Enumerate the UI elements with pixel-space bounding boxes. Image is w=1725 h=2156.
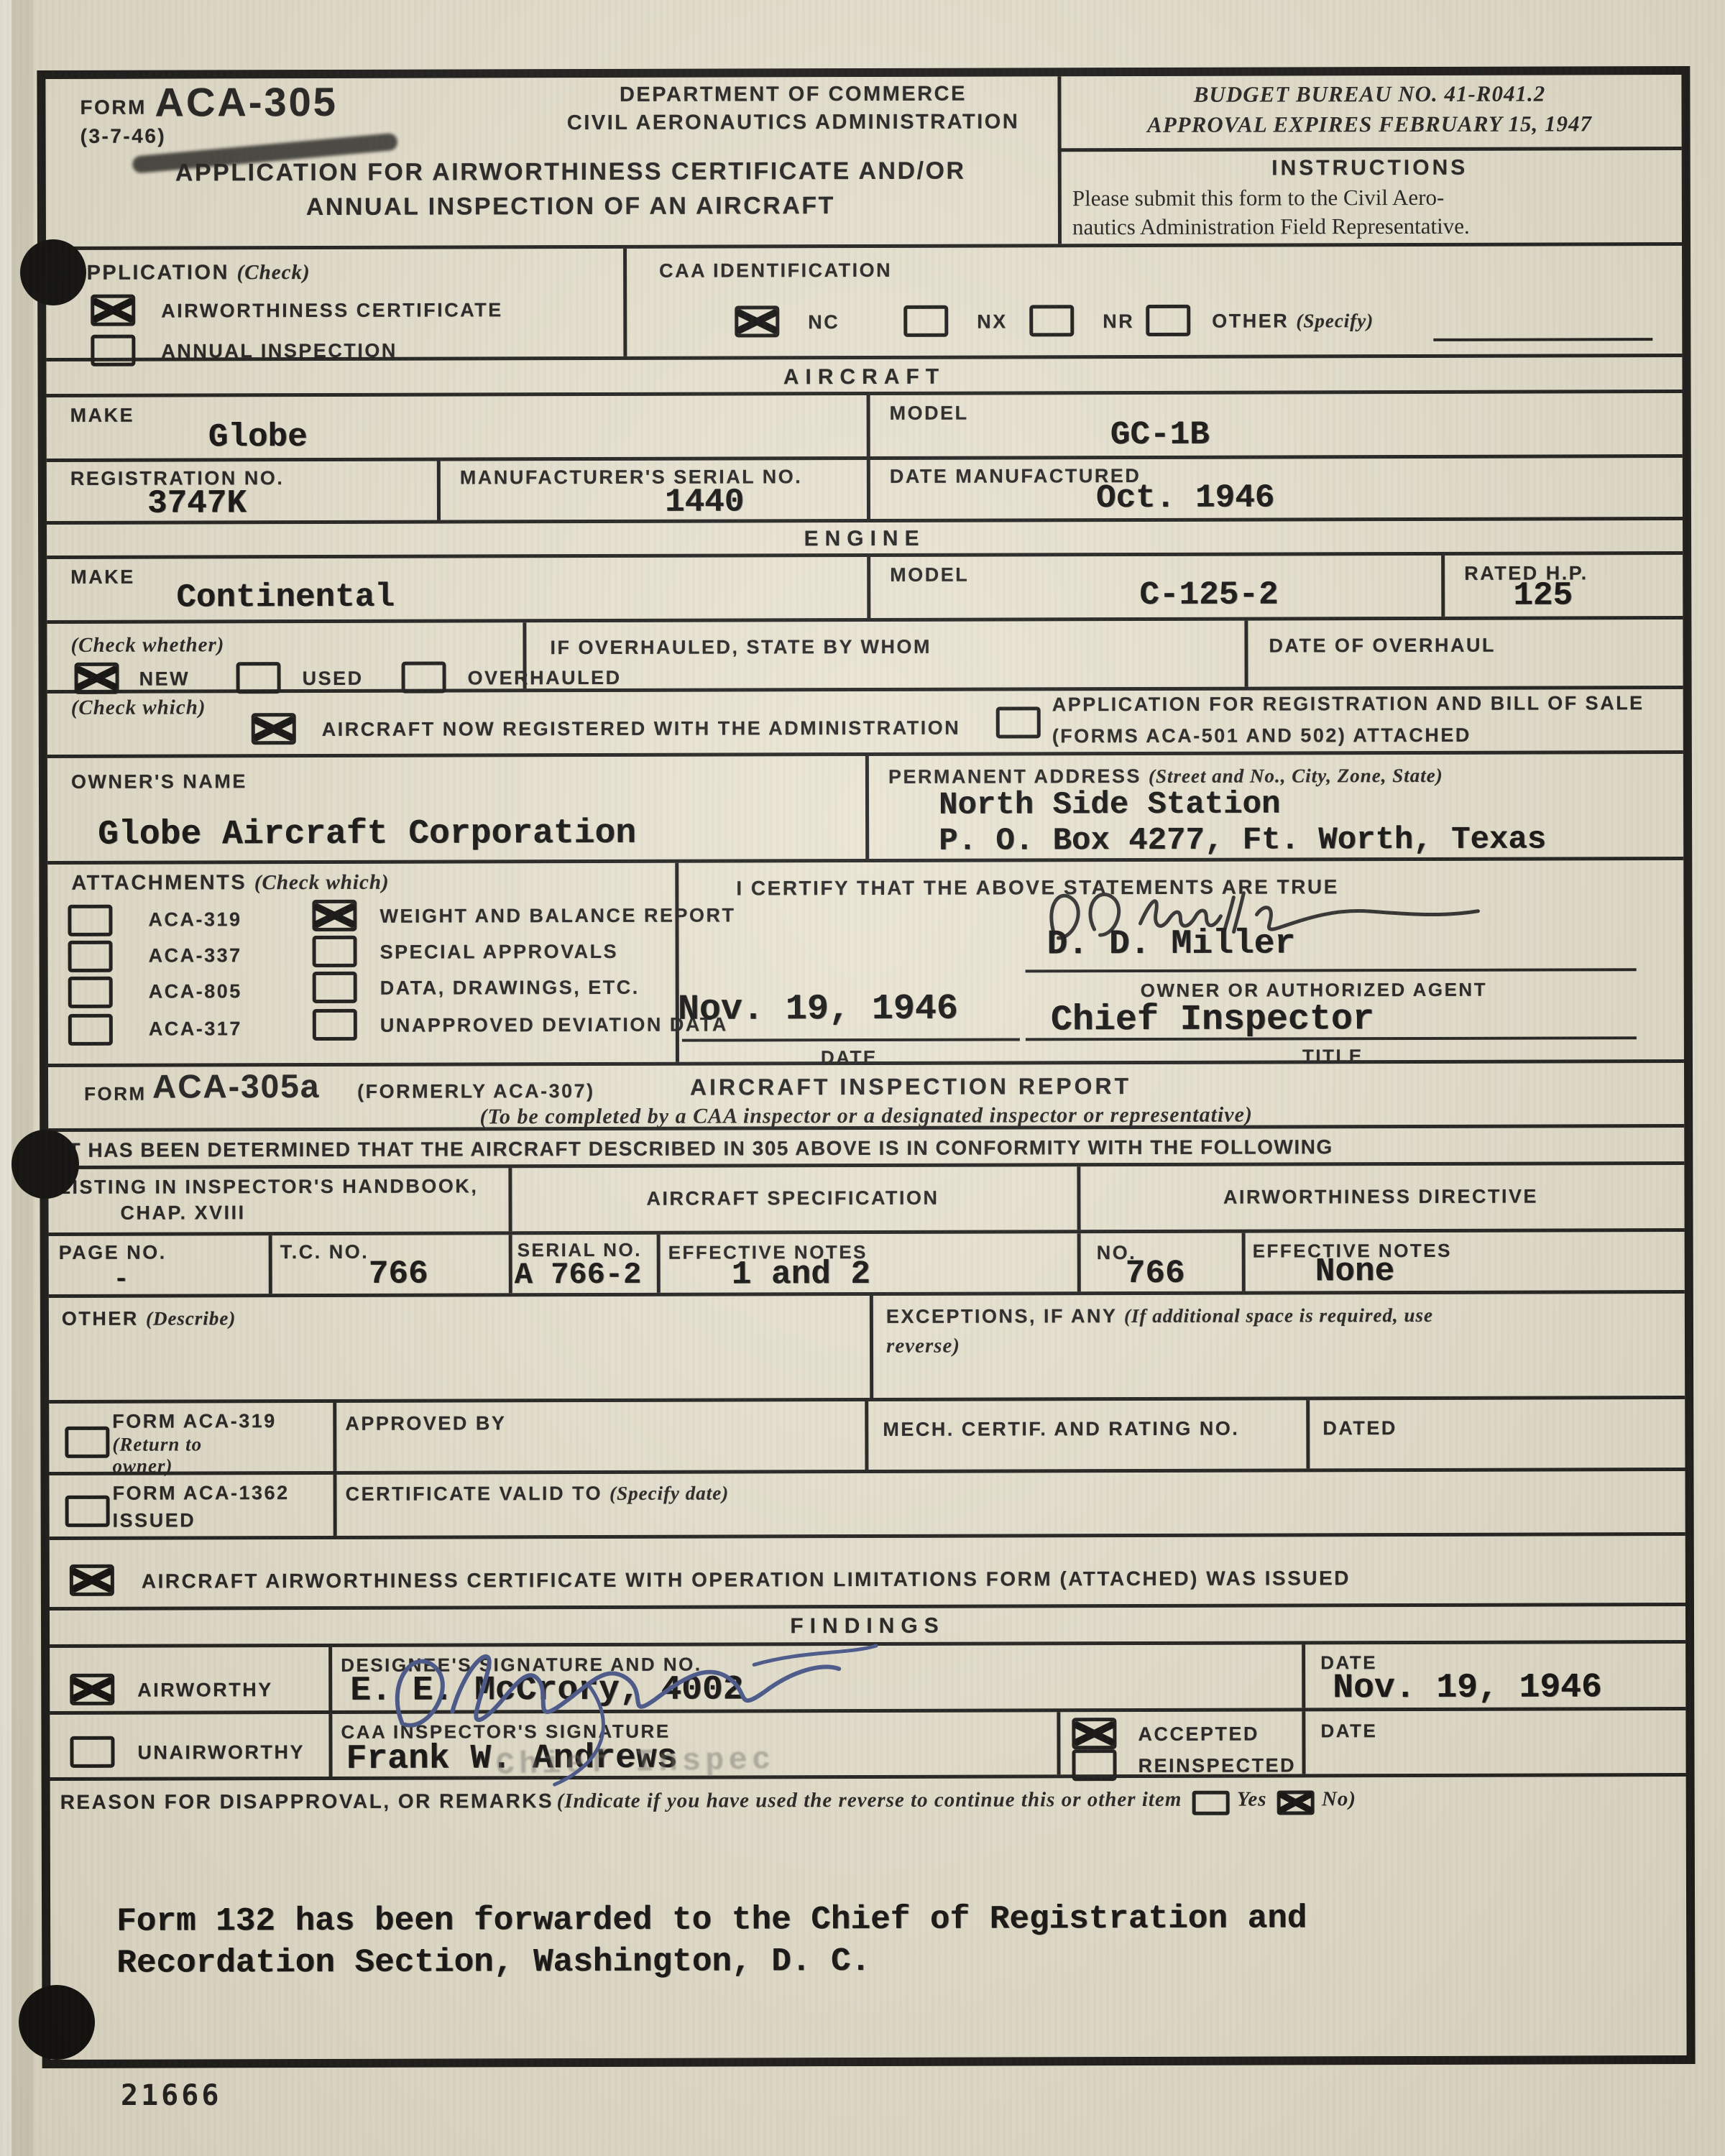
aircraft-section-title: AIRCRAFT (46, 363, 1682, 392)
checkbox-unairworthy[interactable] (70, 1736, 114, 1768)
other-blank-line (1433, 338, 1652, 341)
certify-title-value: Chief Inspector (1051, 999, 1374, 1041)
checkbox-remarks-yes[interactable] (1192, 1790, 1230, 1815)
engine-model-label: MODEL (890, 564, 969, 586)
attachments-label-text: ATTACHMENTS (71, 871, 247, 895)
inspector-date-divider (1302, 1711, 1305, 1774)
registration-serial-divider (437, 461, 441, 520)
airworthy-signature-divider (328, 1647, 332, 1710)
dated-label: DATED (1322, 1417, 1397, 1439)
serial-value: 1440 (665, 483, 745, 520)
checkbox-remarks-no[interactable] (1277, 1790, 1315, 1815)
checkbox-aca-317[interactable] (68, 1014, 113, 1046)
nc-label: NC (808, 311, 839, 333)
other-describe-text: OTHER (62, 1308, 139, 1330)
title-line (1026, 1036, 1637, 1041)
engine-make-model-divider (867, 557, 870, 618)
remarks-label: REASON FOR DISAPPROVAL, OR REMARKS (60, 1789, 554, 1813)
page-tc-divider (269, 1235, 272, 1294)
checkbox-airworthiness-certificate[interactable] (91, 295, 135, 326)
exceptions-text: EXCEPTIONS, IF ANY (886, 1305, 1117, 1327)
determination-statement: IT HAS BEEN DETERMINED THAT THE AIRCRAFT… (61, 1135, 1333, 1162)
report-form-number: ACA-305a (152, 1067, 320, 1106)
page-no-label: PAGE NO. (59, 1242, 167, 1264)
owner-agent-label: OWNER OR AUTHORIZED AGENT (1141, 979, 1487, 1002)
directive-notes-value: None (1315, 1253, 1395, 1290)
certify-signature-name: D. D. Miller (1046, 924, 1295, 964)
aca1362-line1: FORM ACA-1362 (113, 1482, 290, 1505)
owner-name-value: Globe Aircraft Corporation (98, 814, 636, 854)
checkbox-data-drawings[interactable] (313, 972, 357, 1003)
approved-by-label: APPROVED BY (345, 1412, 506, 1435)
make-model-divider (867, 395, 870, 456)
checkbox-aca-319[interactable] (68, 905, 112, 936)
header-row: FORM ACA-305 (3-7-46) DEPARTMENT OF COMM… (45, 75, 1682, 250)
checkbox-weight-balance[interactable] (312, 900, 356, 931)
other-exceptions-divider (870, 1296, 873, 1398)
report-title: AIRCRAFT INSPECTION REPORT (551, 1073, 1270, 1102)
registration-value: 3747K (147, 484, 247, 522)
aca319-return-line2: (Return to (112, 1433, 202, 1455)
owner-address-line2: P. O. Box 4277, Ft. Worth, Texas (939, 822, 1546, 860)
conformity-header-row: LISTING IN INSPECTOR'S HANDBOOK, CHAP. X… (48, 1165, 1684, 1236)
approval-expires: APPROVAL EXPIRES FEBRUARY 15, 1947 (1058, 111, 1682, 138)
other-describe-label: OTHER (Describe) (62, 1307, 236, 1330)
weight-balance-label: WEIGHT AND BALANCE REPORT (379, 904, 735, 927)
form-border-frame: FORM ACA-305 (3-7-46) DEPARTMENT OF COMM… (37, 66, 1695, 2068)
airworthy-label: AIRWORTHY (137, 1679, 273, 1701)
checkbox-nr[interactable] (1029, 305, 1074, 336)
other-label: OTHER (Specify) (1212, 310, 1374, 333)
tc-no-label: T.C. NO. (280, 1241, 369, 1263)
punch-hole-top (20, 239, 86, 305)
engine-new-label: NEW (139, 668, 190, 690)
date-line (682, 1038, 1020, 1041)
dated-divider (1306, 1400, 1310, 1468)
attachments-certify-divider (675, 863, 679, 1062)
checkbox-reinspected[interactable] (1072, 1749, 1116, 1781)
budget-bureau-box: BUDGET BUREAU NO. 41-R041.2 APPROVAL EXP… (1057, 75, 1681, 152)
form-prefix: FORM (80, 96, 147, 119)
aircraft-registered-label: AIRCRAFT NOW REGISTERED WITH THE ADMINIS… (322, 717, 961, 741)
department-line2: CIVIL AERONAUTICS ADMINISTRATION (492, 110, 1095, 135)
checkbox-engine-new[interactable] (75, 663, 119, 694)
mech-certif-label: MECH. CERTIF. AND RATING NO. (883, 1418, 1239, 1441)
date-of-overhaul-label: DATE OF OVERHAUL (1269, 635, 1496, 658)
overhauled-by-divider (523, 622, 526, 688)
exceptions-hint-line1: (If additional space is required, use (1124, 1304, 1433, 1327)
aca-319-label: ACA-319 (148, 908, 241, 931)
attachments-label: ATTACHMENTS (Check which) (71, 871, 389, 895)
department-line1: DEPARTMENT OF COMMERCE (491, 82, 1095, 107)
application-check-hint: (Check) (237, 261, 310, 284)
checkbox-special-approvals[interactable] (313, 936, 357, 967)
serial-no-value: A 766-2 (515, 1258, 642, 1292)
other-label-text: OTHER (1212, 310, 1289, 331)
other-specify-hint: (Specify) (1296, 310, 1374, 331)
aca-805-label: ACA-805 (149, 980, 242, 1003)
serial-date-divider (867, 460, 870, 519)
checkbox-engine-used[interactable] (236, 662, 281, 694)
tc-serial-divider (509, 1235, 512, 1293)
other-describe-hint: (Describe) (146, 1307, 236, 1329)
owner-address-divider (865, 756, 869, 859)
rated-hp-value: 125 (1513, 576, 1573, 614)
certificate-issued-row: AIRCRAFT AIRWORTHINESS CERTIFICATE WITH … (50, 1536, 1685, 1611)
application-label: APPLICATION (Check) (70, 261, 310, 285)
aircraft-model-label: MODEL (890, 402, 969, 425)
engine-model-value: C-125-2 (1139, 576, 1278, 614)
overhauled-by-label: IF OVERHAULED, STATE BY WHOM (550, 636, 931, 659)
remarks-label-line: REASON FOR DISAPPROVAL, OR REMARKS (Indi… (60, 1787, 1356, 1818)
designee-date-divider (1302, 1644, 1305, 1708)
data-drawings-label: DATA, DRAWINGS, ETC. (380, 977, 640, 1000)
checkbox-unapproved-deviation[interactable] (313, 1009, 357, 1041)
aircraft-make-label: MAKE (70, 405, 135, 427)
checkbox-certificate-issued[interactable] (70, 1565, 114, 1596)
checkbox-aircraft-registered[interactable] (252, 713, 296, 745)
serial-label: MANUFACTURER'S SERIAL NO. (460, 466, 803, 489)
airworthiness-certificate-label: AIRWORTHINESS CERTIFICATE (161, 299, 503, 322)
form-revision: (3-7-46) (80, 125, 167, 148)
remarks-line1: Form 132 has been forwarded to the Chief… (116, 1899, 1307, 1940)
application-caa-divider (623, 249, 627, 356)
checkbox-accepted[interactable] (1072, 1718, 1116, 1749)
unairworthy-signature-divider (328, 1714, 332, 1777)
checkbox-engine-overhauled[interactable] (402, 662, 446, 694)
overhaul-date-divider (1244, 621, 1248, 687)
remarks-no-label: No (1322, 1787, 1349, 1810)
caa-identification-label: CAA IDENTIFICATION (659, 259, 892, 282)
designee-row: AIRWORTHY DESIGNEE'S SIGNATURE AND NO. E… (50, 1644, 1685, 1715)
directive-no-value: 766 (1126, 1255, 1185, 1292)
application-row: APPLICATION (Check) AIRWORTHINESS CERTIF… (46, 246, 1682, 361)
budget-bureau-number: BUDGET BUREAU NO. 41-R041.2 (1057, 80, 1681, 108)
valid-to-text: CERTIFICATE VALID TO (346, 1483, 603, 1505)
form-title-line1: APPLICATION FOR AIRWORTHINESS CERTIFICAT… (89, 157, 1052, 188)
engine-section-band: ENGINE (47, 520, 1683, 559)
exceptions-label: EXCEPTIONS, IF ANY (If additional space … (886, 1304, 1433, 1328)
spec-header: AIRCRAFT SPECIFICATION (508, 1187, 1077, 1210)
signature-line (1026, 968, 1637, 972)
aircraft-section-band: AIRCRAFT (46, 357, 1682, 397)
aca1362-line2: ISSUED (113, 1509, 196, 1531)
mccrory-signature (351, 1621, 913, 1788)
aircraft-make-value: Globe (208, 418, 308, 456)
form-title-line2: ANNUAL INSPECTION OF AN AIRCRAFT (89, 191, 1052, 222)
nx-label: NX (977, 310, 1008, 333)
checkbox-bill-of-sale[interactable] (996, 706, 1041, 738)
aca-317-label: ACA-317 (149, 1018, 242, 1040)
instructions-line2: nautics Administration Field Representat… (1072, 213, 1470, 240)
punch-hole-middle (11, 1130, 79, 1199)
remarks-line2: Recordation Section, Washington, D. C. (116, 1943, 870, 1982)
remarks-hint: (Indicate if you have used the reverse t… (557, 1788, 1182, 1812)
checkbox-aca-805[interactable] (68, 977, 113, 1008)
engine-overhauled-label: OVERHAULED (468, 667, 622, 690)
approved-by-divider (333, 1403, 336, 1471)
nr-label: NR (1103, 310, 1134, 333)
engine-make-label: MAKE (70, 566, 135, 589)
unairworthy-label: UNAIRWORTHY (137, 1741, 305, 1764)
aca1362-row: FORM ACA-1362 ISSUED CERTIFICATE VALID T… (49, 1471, 1685, 1540)
checkbox-other[interactable] (1146, 305, 1190, 336)
inspection-report-header: FORM ACA-305a (FORMERLY ACA-307) AIRCRAF… (48, 1063, 1684, 1132)
special-approvals-label: SPECIAL APPROVALS (380, 941, 619, 964)
exceptions-hint-line2: reverse) (886, 1335, 960, 1358)
instructions-line1: Please submit this form to the Civil Aer… (1072, 185, 1445, 211)
serial-notes-divider (657, 1235, 661, 1293)
instructions-title: INSTRUCTIONS (1058, 155, 1682, 181)
remarks-yes-label: Yes (1237, 1788, 1267, 1811)
owner-name-label: OWNER'S NAME (71, 770, 247, 793)
valid-to-divider (333, 1475, 336, 1536)
designee-date-value: Nov. 19, 1946 (1333, 1668, 1602, 1708)
bill-of-sale-label-line2: (FORMS ACA-501 AND 502) ATTACHED (1052, 724, 1471, 748)
engine-make-row: MAKE Continental MODEL C-125-2 RATED H.P… (47, 555, 1683, 624)
attachments-check-hint: (Check which) (254, 871, 390, 894)
engine-section-title: ENGINE (47, 525, 1683, 553)
aircraft-registration-row: REGISTRATION NO. 3747K MANUFACTURER'S SE… (47, 458, 1683, 525)
aca319-return-line3: owner) (112, 1455, 172, 1478)
owner-address-line1: North Side Station (939, 786, 1280, 823)
remarks-body: Form 132 has been forwarded to the Chief… (50, 1827, 1687, 2060)
bill-of-sale-label-line1: APPLICATION FOR REGISTRATION AND BILL OF… (1052, 692, 1644, 716)
punch-hole-bottom (19, 1985, 95, 2060)
engine-make-value: Continental (176, 579, 395, 617)
reinspected-label: REINSPECTED (1138, 1754, 1297, 1777)
valid-to-label: CERTIFICATE VALID TO (Specify date) (346, 1483, 730, 1506)
checkbox-airworthy[interactable] (70, 1674, 114, 1705)
listing-header-line2: CHAP. XVIII (120, 1202, 245, 1224)
aircraft-model-value: GC-1B (1110, 416, 1210, 453)
checkbox-nc[interactable] (735, 305, 779, 337)
paper-edge-shadow (11, 0, 33, 2156)
certificate-issued-label: AIRCRAFT AIRWORTHINESS CERTIFICATE WITH … (142, 1567, 1351, 1593)
mech-certif-divider (865, 1401, 868, 1470)
accepted-divider (1057, 1712, 1060, 1774)
registration-status-row: (Check which) AIRCRAFT NOW REGISTERED WI… (47, 689, 1683, 758)
notes-no-divider (1077, 1233, 1081, 1291)
checkbox-aca-337[interactable] (68, 941, 113, 972)
accepted-label: ACCEPTED (1138, 1723, 1259, 1746)
page-no-value: - (114, 1265, 129, 1294)
application-label-text: APPLICATION (70, 261, 229, 285)
annual-inspection-label: ANNUAL INSPECTION (161, 340, 397, 363)
checkbox-aca1362-issued[interactable] (65, 1496, 110, 1527)
checkbox-aca319-return[interactable] (65, 1427, 109, 1458)
no-notes-divider (1242, 1233, 1246, 1291)
owner-address-label: PERMANENT ADDRESS (Street and No., City,… (888, 765, 1443, 788)
engine-used-label: USED (303, 668, 364, 690)
remarks-hint-close: ) (1348, 1787, 1356, 1810)
scanned-form-page: 21666 FORM ACA-305 (3-7-46) DEPARTMENT O… (0, 0, 1725, 2156)
aircraft-make-row: MAKE Globe MODEL GC-1B (47, 393, 1683, 462)
directive-header: AIRWORTHINESS DIRECTIVE (1077, 1185, 1684, 1209)
aca319-return-row: FORM ACA-319 (Return to owner) APPROVED … (49, 1399, 1685, 1475)
inspector-date-label: DATE (1320, 1720, 1377, 1742)
attachments-certification-row: ATTACHMENTS (Check which) ACA-319 WEIGHT… (47, 860, 1684, 1067)
check-whether-hint: (Check whether) (70, 633, 224, 658)
engine-condition-row: (Check whether) NEW USED OVERHAULED IF O… (47, 619, 1683, 694)
listing-header-line1: LISTING IN INSPECTOR'S HANDBOOK, (58, 1175, 478, 1199)
tc-no-value: 766 (369, 1256, 428, 1293)
sheet-number: 21666 (121, 2079, 221, 2112)
certify-date-value: Nov. 19, 1946 (678, 989, 958, 1031)
owner-row: OWNER'S NAME Globe Aircraft Corporation … (47, 754, 1683, 865)
form-number: ACA-305 (155, 78, 338, 126)
aca-337-label: ACA-337 (149, 944, 242, 967)
valid-to-hint: (Specify date) (609, 1483, 729, 1504)
determination-row: IT HAS BEEN DETERMINED THAT THE AIRCRAFT… (48, 1128, 1684, 1169)
conformity-values-row: PAGE NO. - T.C. NO. 766 SERIAL NO. A 766… (49, 1232, 1685, 1298)
paper-edge (0, 0, 11, 2156)
address-hint: (Street and No., City, Zone, State) (1149, 765, 1443, 787)
check-which-hint: (Check which) (71, 696, 206, 719)
other-exceptions-row: OTHER (Describe) EXCEPTIONS, IF ANY (If … (49, 1294, 1685, 1404)
spec-notes-value: 1 and 2 (732, 1256, 870, 1294)
aca319-return-line1: FORM ACA-319 (112, 1410, 277, 1433)
address-label-text: PERMANENT ADDRESS (888, 765, 1141, 788)
engine-hp-divider (1441, 556, 1445, 617)
report-subtitle: (To be completed by a CAA inspector or a… (48, 1102, 1684, 1130)
date-manufactured-value: Oct. 1946 (1096, 479, 1275, 517)
report-form-prefix: FORM (84, 1083, 147, 1105)
checkbox-nx[interactable] (903, 305, 948, 337)
